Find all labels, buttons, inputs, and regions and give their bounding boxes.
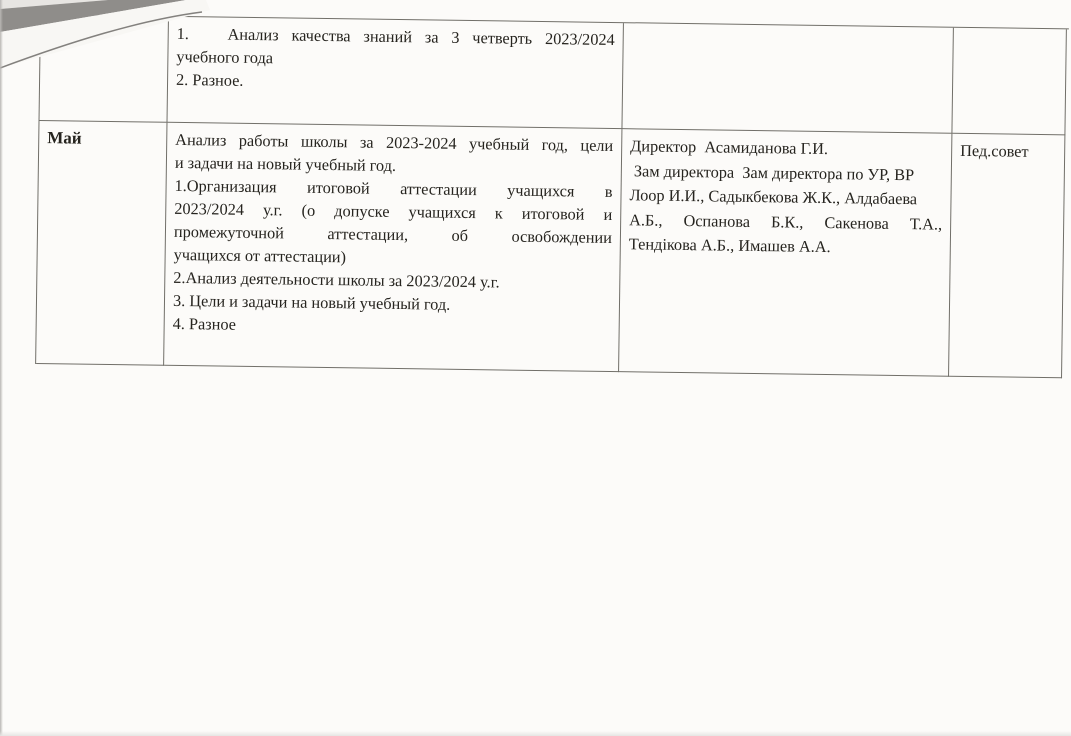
text-line: Тендікова А.Б., Имашев А.А.: [629, 232, 942, 261]
table-cell-form: Пед.совет: [949, 134, 1065, 379]
table-cell-agenda: Анализ работы школы за 2023-2024 учебный…: [164, 123, 622, 372]
table-cell-form: [952, 28, 1066, 136]
table-cell-month: Май: [36, 121, 167, 366]
scan-bottom-edge: [0, 731, 1071, 736]
scanned-page: 1. Анализ качества знаний за 3 четверть …: [0, 0, 1071, 736]
table-row: Май Анализ работы школы за 2023-2024 уче…: [36, 121, 1067, 378]
table-cell-responsible: [622, 23, 953, 134]
table-cell-responsible: Директор Асамиданова Г.И. Зам директора …: [619, 129, 952, 377]
text-line: Директор Асамиданова Г.И.: [630, 134, 943, 163]
page-fold-artifact: [0, 0, 560, 100]
text-line: Лоор И.И., Садыкбекова Ж.К., Алдабаева: [629, 183, 942, 212]
text-line: 4. Разное: [173, 312, 611, 341]
scan-left-edge: [0, 0, 3, 736]
